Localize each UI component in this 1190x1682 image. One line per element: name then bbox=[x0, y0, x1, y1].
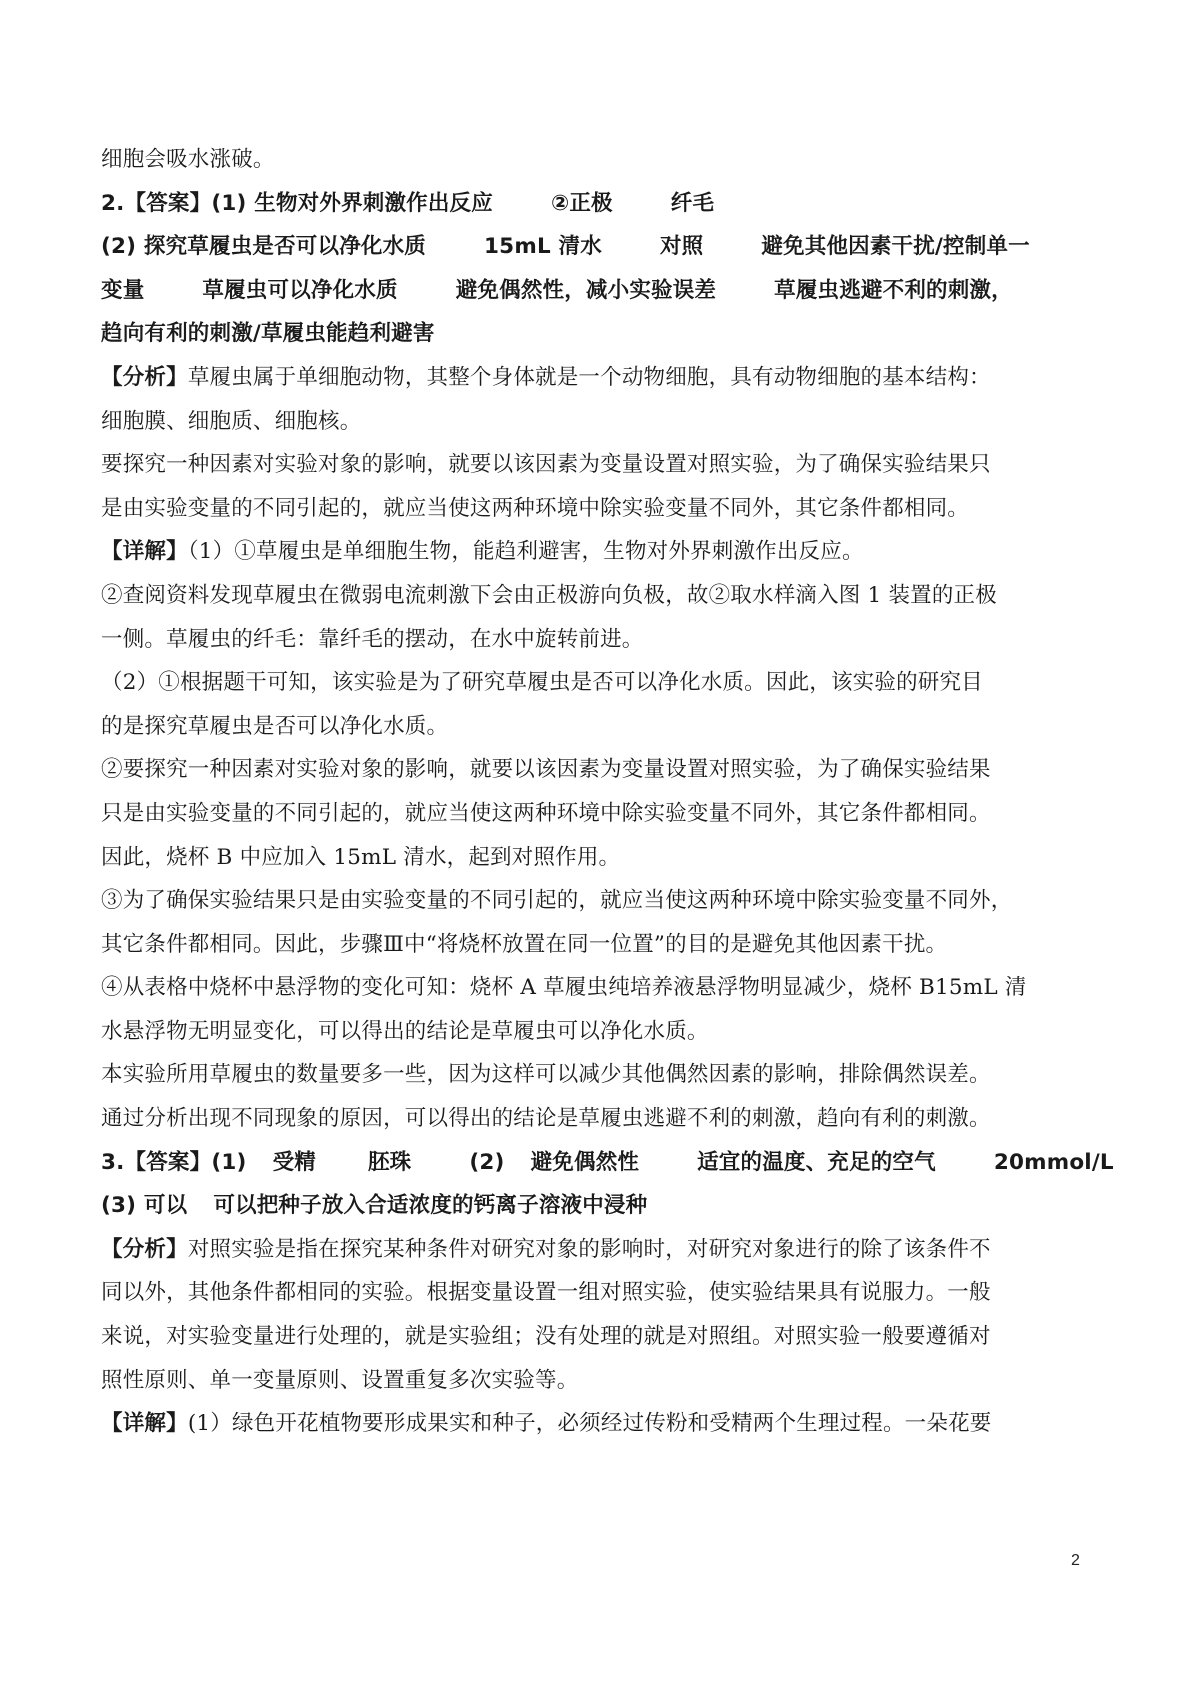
answer-2-line-4: 趋向有利的刺激/草履虫能趋利避害 bbox=[101, 312, 1086, 356]
answer-item: 胚珠 bbox=[368, 1150, 411, 1175]
detail-tag: 【详解】 bbox=[101, 539, 188, 564]
detail-2-line-1: 【详解】（1）①草履虫是单细胞生物，能趋利避害，生物对外界刺激作出反应。 bbox=[101, 530, 1086, 574]
part-label: (2) bbox=[469, 1150, 504, 1175]
answer-item: ②正极 bbox=[551, 191, 613, 216]
detail-2-line-7: 只是由实验变量的不同引起的，就应当使这两种环境中除实验变量不同外，其它条件都相同… bbox=[101, 792, 1086, 836]
detail-2-line-4: （2）①根据题干可知，该实验是为了研究草履虫是否可以净化水质。因此，该实验的研究… bbox=[101, 661, 1086, 705]
paragraph-text: 要探究一种因素对实验对象的影响，就要以该因素为变量设置对照实验，为了确保实验结果… bbox=[101, 452, 991, 477]
answer-2-line-3: 变量草履虫可以净化水质避免偶然性，减小实验误差草履虫逃避不利的刺激， bbox=[101, 269, 1086, 313]
document-page: 细胞会吸水涨破。 2.【答案】(1) 生物对外界刺激作出反应②正极纤毛 (2) … bbox=[101, 138, 1086, 1446]
analysis-2-line-4: 是由实验变量的不同引起的，就应当使这两种环境中除实验变量不同外，其它条件都相同。 bbox=[101, 487, 1086, 531]
answer-item: 纤毛 bbox=[671, 191, 714, 216]
answer-item: 草履虫可以净化水质 bbox=[202, 278, 397, 303]
answer-2-line-2: (2) 探究草履虫是否可以净化水质15mL 清水对照避免其他因素干扰/控制单一 bbox=[101, 225, 1086, 269]
question-number: 2. bbox=[101, 191, 125, 216]
paragraph-text: ④从表格中烧杯中悬浮物的变化可知：烧杯 A 草履虫纯培养液悬浮物明显减少，烧杯 … bbox=[101, 975, 1027, 1000]
answer-item: 草履虫逃避不利的刺激， bbox=[774, 278, 1013, 303]
answer-item: 生物对外界刺激作出反应 bbox=[254, 191, 493, 216]
paragraph-text: 细胞会吸水涨破。 bbox=[101, 147, 275, 172]
analysis-2-line-3: 要探究一种因素对实验对象的影响，就要以该因素为变量设置对照实验，为了确保实验结果… bbox=[101, 443, 1086, 487]
paragraph-text: ②查阅资料发现草履虫在微弱电流刺激下会由正极游向负极，故②取水样滴入图 1 装置… bbox=[101, 583, 997, 608]
paragraph-text: 水悬浮物无明显变化，可以得出的结论是草履虫可以净化水质。 bbox=[101, 1019, 709, 1044]
answer-item: 适宜的温度、充足的空气 bbox=[697, 1150, 936, 1175]
detail-2-line-10: 其它条件都相同。因此，步骤Ⅲ中“将烧杯放置在同一位置”的目的是避免其他因素干扰。 bbox=[101, 923, 1086, 967]
answer-3-line-2: (3) 可以可以把种子放入合适浓度的钙离子溶液中浸种 bbox=[101, 1184, 1086, 1228]
answer-item: 变量 bbox=[101, 278, 144, 303]
detail-2-line-6: ②要探究一种因素对实验对象的影响，就要以该因素为变量设置对照实验，为了确保实验结… bbox=[101, 748, 1086, 792]
part-label: (3) bbox=[101, 1193, 136, 1218]
answer-item: 可以 bbox=[144, 1193, 187, 1218]
answer-item: 20mmol/L bbox=[994, 1150, 1114, 1175]
paragraph-text: （1）①草履虫是单细胞生物，能趋利避害，生物对外界刺激作出反应。 bbox=[188, 539, 864, 564]
question-number: 3. bbox=[101, 1150, 125, 1175]
analysis-tag: 【分析】 bbox=[101, 1237, 188, 1262]
answer-item: 避免偶然性，减小实验误差 bbox=[456, 278, 716, 303]
detail-2-line-8: 因此，烧杯 B 中应加入 15mL 清水，起到对照作用。 bbox=[101, 836, 1086, 880]
detail-3-line-1: 【详解】(1）绿色开花植物要形成果实和种子，必须经过传粉和受精两个生理过程。一朵… bbox=[101, 1402, 1086, 1446]
part-label: (2) bbox=[101, 234, 136, 259]
answer-2-line-1: 2.【答案】(1) 生物对外界刺激作出反应②正极纤毛 bbox=[101, 182, 1086, 226]
analysis-2-line-2: 细胞膜、细胞质、细胞核。 bbox=[101, 400, 1086, 444]
paragraph-text: 同以外，其他条件都相同的实验。根据变量设置一组对照实验，使实验结果具有说服力。一… bbox=[101, 1280, 991, 1305]
part-label: (1) bbox=[211, 1150, 246, 1175]
detail-2-line-14: 通过分析出现不同现象的原因，可以得出的结论是草履虫逃避不利的刺激，趋向有利的刺激… bbox=[101, 1097, 1086, 1141]
paragraph-text: 一侧。草履虫的纤毛：靠纤毛的摆动，在水中旋转前进。 bbox=[101, 627, 644, 652]
paragraph-text: （2）①根据题干可知，该实验是为了研究草履虫是否可以净化水质。因此，该实验的研究… bbox=[101, 670, 983, 695]
analysis-3-line-4: 照性原则、单一变量原则、设置重复多次实验等。 bbox=[101, 1359, 1086, 1403]
paragraph-text: 对照实验是指在探究某种条件对研究对象的影响时，对研究对象进行的除了该条件不 bbox=[188, 1237, 991, 1262]
answer-item: 探究草履虫是否可以净化水质 bbox=[144, 234, 426, 259]
answer-3-line-1: 3.【答案】(1)受精胚珠(2)避免偶然性适宜的温度、充足的空气20mmol/L bbox=[101, 1141, 1086, 1185]
answer-item: 可以把种子放入合适浓度的钙离子溶液中浸种 bbox=[213, 1193, 647, 1218]
text-line: 细胞会吸水涨破。 bbox=[101, 138, 1086, 182]
paragraph-text: 是由实验变量的不同引起的，就应当使这两种环境中除实验变量不同外，其它条件都相同。 bbox=[101, 496, 969, 521]
analysis-3-line-1: 【分析】对照实验是指在探究某种条件对研究对象的影响时，对研究对象进行的除了该条件… bbox=[101, 1228, 1086, 1272]
answer-item: 趋向有利的刺激/草履虫能趋利避害 bbox=[101, 321, 435, 346]
paragraph-text: 通过分析出现不同现象的原因，可以得出的结论是草履虫逃避不利的刺激，趋向有利的刺激… bbox=[101, 1106, 991, 1131]
detail-2-line-9: ③为了确保实验结果只是由实验变量的不同引起的，就应当使这两种环境中除实验变量不同… bbox=[101, 879, 1086, 923]
page-number: 2 bbox=[1071, 1552, 1080, 1570]
paragraph-text: 来说，对实验变量进行处理的，就是实验组；没有处理的就是对照组。对照实验一般要遵循… bbox=[101, 1324, 991, 1349]
paragraph-text: 照性原则、单一变量原则、设置重复多次实验等。 bbox=[101, 1368, 578, 1393]
part-label: (1) bbox=[211, 191, 246, 216]
detail-2-line-3: 一侧。草履虫的纤毛：靠纤毛的摆动，在水中旋转前进。 bbox=[101, 618, 1086, 662]
paragraph-text: ③为了确保实验结果只是由实验变量的不同引起的，就应当使这两种环境中除实验变量不同… bbox=[101, 888, 1012, 913]
paragraph-text: ②要探究一种因素对实验对象的影响，就要以该因素为变量设置对照实验，为了确保实验结… bbox=[101, 757, 991, 782]
paragraph-text: 的是探究草履虫是否可以净化水质。 bbox=[101, 714, 448, 739]
analysis-3-line-2: 同以外，其他条件都相同的实验。根据变量设置一组对照实验，使实验结果具有说服力。一… bbox=[101, 1271, 1086, 1315]
paragraph-text: 细胞膜、细胞质、细胞核。 bbox=[101, 409, 361, 434]
answer-item: 15mL 清水 bbox=[484, 234, 602, 259]
paragraph-text: 本实验所用草履虫的数量要多一些，因为这样可以减少其他偶然因素的影响，排除偶然误差… bbox=[101, 1062, 991, 1087]
paragraph-text: 因此，烧杯 B 中应加入 15mL 清水，起到对照作用。 bbox=[101, 845, 620, 870]
detail-2-line-5: 的是探究草履虫是否可以净化水质。 bbox=[101, 705, 1086, 749]
detail-2-line-12: 水悬浮物无明显变化，可以得出的结论是草履虫可以净化水质。 bbox=[101, 1010, 1086, 1054]
analysis-2-line-1: 【分析】草履虫属于单细胞动物，其整个身体就是一个动物细胞，具有动物细胞的基本结构… bbox=[101, 356, 1086, 400]
paragraph-text: (1）绿色开花植物要形成果实和种子，必须经过传粉和受精两个生理过程。一朵花要 bbox=[188, 1411, 992, 1436]
answer-item: 避免其他因素干扰/控制单一 bbox=[761, 234, 1029, 259]
detail-tag: 【详解】 bbox=[101, 1411, 188, 1436]
answer-item: 避免偶然性 bbox=[531, 1150, 640, 1175]
paragraph-text: 只是由实验变量的不同引起的，就应当使这两种环境中除实验变量不同外，其它条件都相同… bbox=[101, 801, 991, 826]
analysis-tag: 【分析】 bbox=[101, 365, 188, 390]
answer-tag: 【答案】 bbox=[125, 1150, 212, 1175]
detail-2-line-2: ②查阅资料发现草履虫在微弱电流刺激下会由正极游向负极，故②取水样滴入图 1 装置… bbox=[101, 574, 1086, 618]
answer-tag: 【答案】 bbox=[125, 191, 212, 216]
detail-2-line-11: ④从表格中烧杯中悬浮物的变化可知：烧杯 A 草履虫纯培养液悬浮物明显减少，烧杯 … bbox=[101, 966, 1086, 1010]
analysis-3-line-3: 来说，对实验变量进行处理的，就是实验组；没有处理的就是对照组。对照实验一般要遵循… bbox=[101, 1315, 1086, 1359]
paragraph-text: 草履虫属于单细胞动物，其整个身体就是一个动物细胞，具有动物细胞的基本结构： bbox=[188, 365, 991, 390]
answer-item: 对照 bbox=[660, 234, 703, 259]
paragraph-text: 其它条件都相同。因此，步骤Ⅲ中“将烧杯放置在同一位置”的目的是避免其他因素干扰。 bbox=[101, 932, 947, 957]
answer-item: 受精 bbox=[273, 1150, 316, 1175]
detail-2-line-13: 本实验所用草履虫的数量要多一些，因为这样可以减少其他偶然因素的影响，排除偶然误差… bbox=[101, 1053, 1086, 1097]
